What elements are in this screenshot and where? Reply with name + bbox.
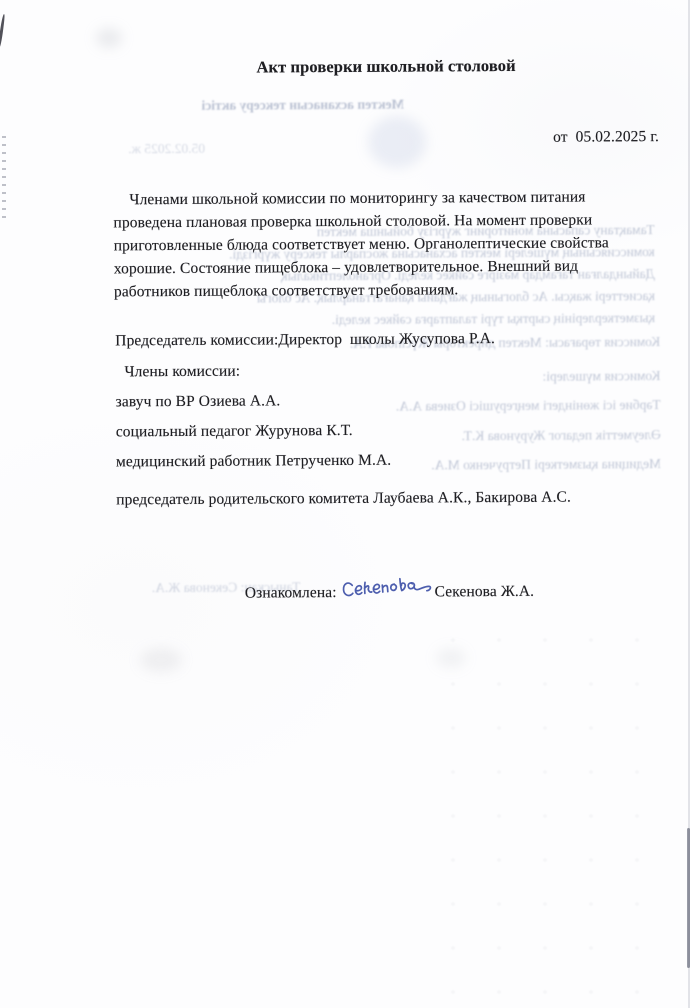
paragraph-line: Членами школьной комиссии по мониторингу… xyxy=(129,188,585,209)
commission-member: медицинский работник Петрученко М.А. xyxy=(116,452,391,472)
document-date: от 05.02.2025 г. xyxy=(399,128,659,148)
bleed-through-body-line: қызметкерлерінің сыртқы түрі талаптарға … xyxy=(115,310,655,329)
paragraph-line: работников пищеблока соответствует требо… xyxy=(114,281,459,301)
commission-member: завуч по ВР Озиева А.А. xyxy=(116,392,281,411)
commission-members-heading: Члены комиссии: xyxy=(124,363,240,382)
bleed-through-title: Мектеп асханасын тексеру актісі xyxy=(157,96,449,114)
acknowledgement-row: Ознакомлена: Секенова Ж.А. xyxy=(245,573,534,603)
commission-chairman-line: Председатель комиссии:Директор школы Жус… xyxy=(115,330,495,350)
commission-member: председатель родительского комитета Лауб… xyxy=(116,489,571,510)
paragraph-line: приготовленные блюда соответствует меню.… xyxy=(114,234,609,255)
document-title: Акт проверки школьной столовой xyxy=(89,55,684,79)
paragraph-line: проведена плановая проверка школьной сто… xyxy=(113,211,592,232)
paragraph-line: хорошие. Состояние пищеблока – удовлетво… xyxy=(114,258,578,279)
bleed-through-date: 05.02.2025 ж. xyxy=(75,141,205,158)
acknowledgement-name: Секенова Ж.А. xyxy=(435,583,535,602)
document-content: Мектеп асханасын тексеру актісі 05.02.20… xyxy=(0,0,690,1008)
commission-member: социальный педагог Журунова К.Т. xyxy=(116,422,353,441)
scanned-document-page: Мектеп асханасын тексеру актісі 05.02.20… xyxy=(0,0,690,1008)
acknowledgement-label: Ознакомлена: xyxy=(245,584,337,603)
signature-handwriting xyxy=(339,570,433,612)
